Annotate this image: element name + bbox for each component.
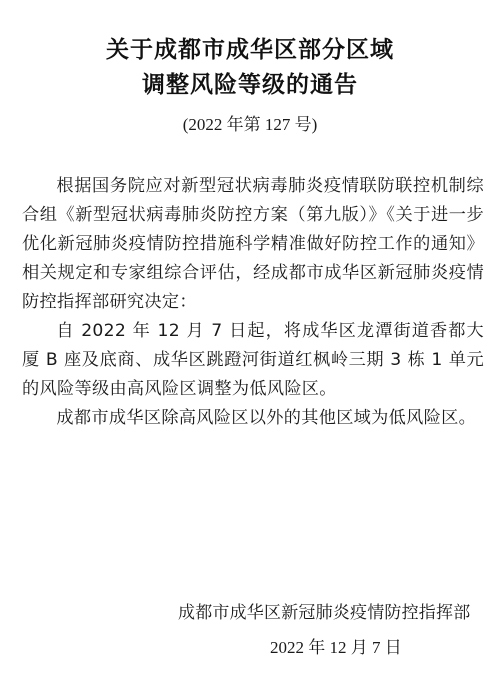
- body-paragraph-1: 根据国务院应对新型冠状病毒肺炎疫情联防联控机制综合组《新型冠状病毒肺炎防控方案（…: [22, 172, 484, 317]
- paragraph-text: 成都市成华区除高风险区以外的其他区域为低风险区。: [22, 404, 484, 433]
- document-number: (2022 年第 127 号): [0, 110, 500, 135]
- document-title-line-1: 关于成都市成华区部分区域: [0, 31, 500, 64]
- issuing-organization: 成都市成华区新冠肺炎疫情防控指挥部: [178, 598, 470, 623]
- body-paragraph-2: 自 2022 年 12 月 7 日起，将成华区龙潭街道香都大厦 B 座及底商、成…: [22, 317, 484, 404]
- document-title-line-2: 调整风险等级的通告: [0, 66, 500, 99]
- issue-date: 2022 年 12 月 7 日: [270, 633, 402, 658]
- paragraph-text: 根据国务院应对新型冠状病毒肺炎疫情联防联控机制综合组《新型冠状病毒肺炎防控方案（…: [22, 172, 484, 317]
- body-paragraph-3: 成都市成华区除高风险区以外的其他区域为低风险区。: [22, 404, 484, 433]
- paragraph-text: 自 2022 年 12 月 7 日起，将成华区龙潭街道香都大厦 B 座及底商、成…: [22, 317, 484, 404]
